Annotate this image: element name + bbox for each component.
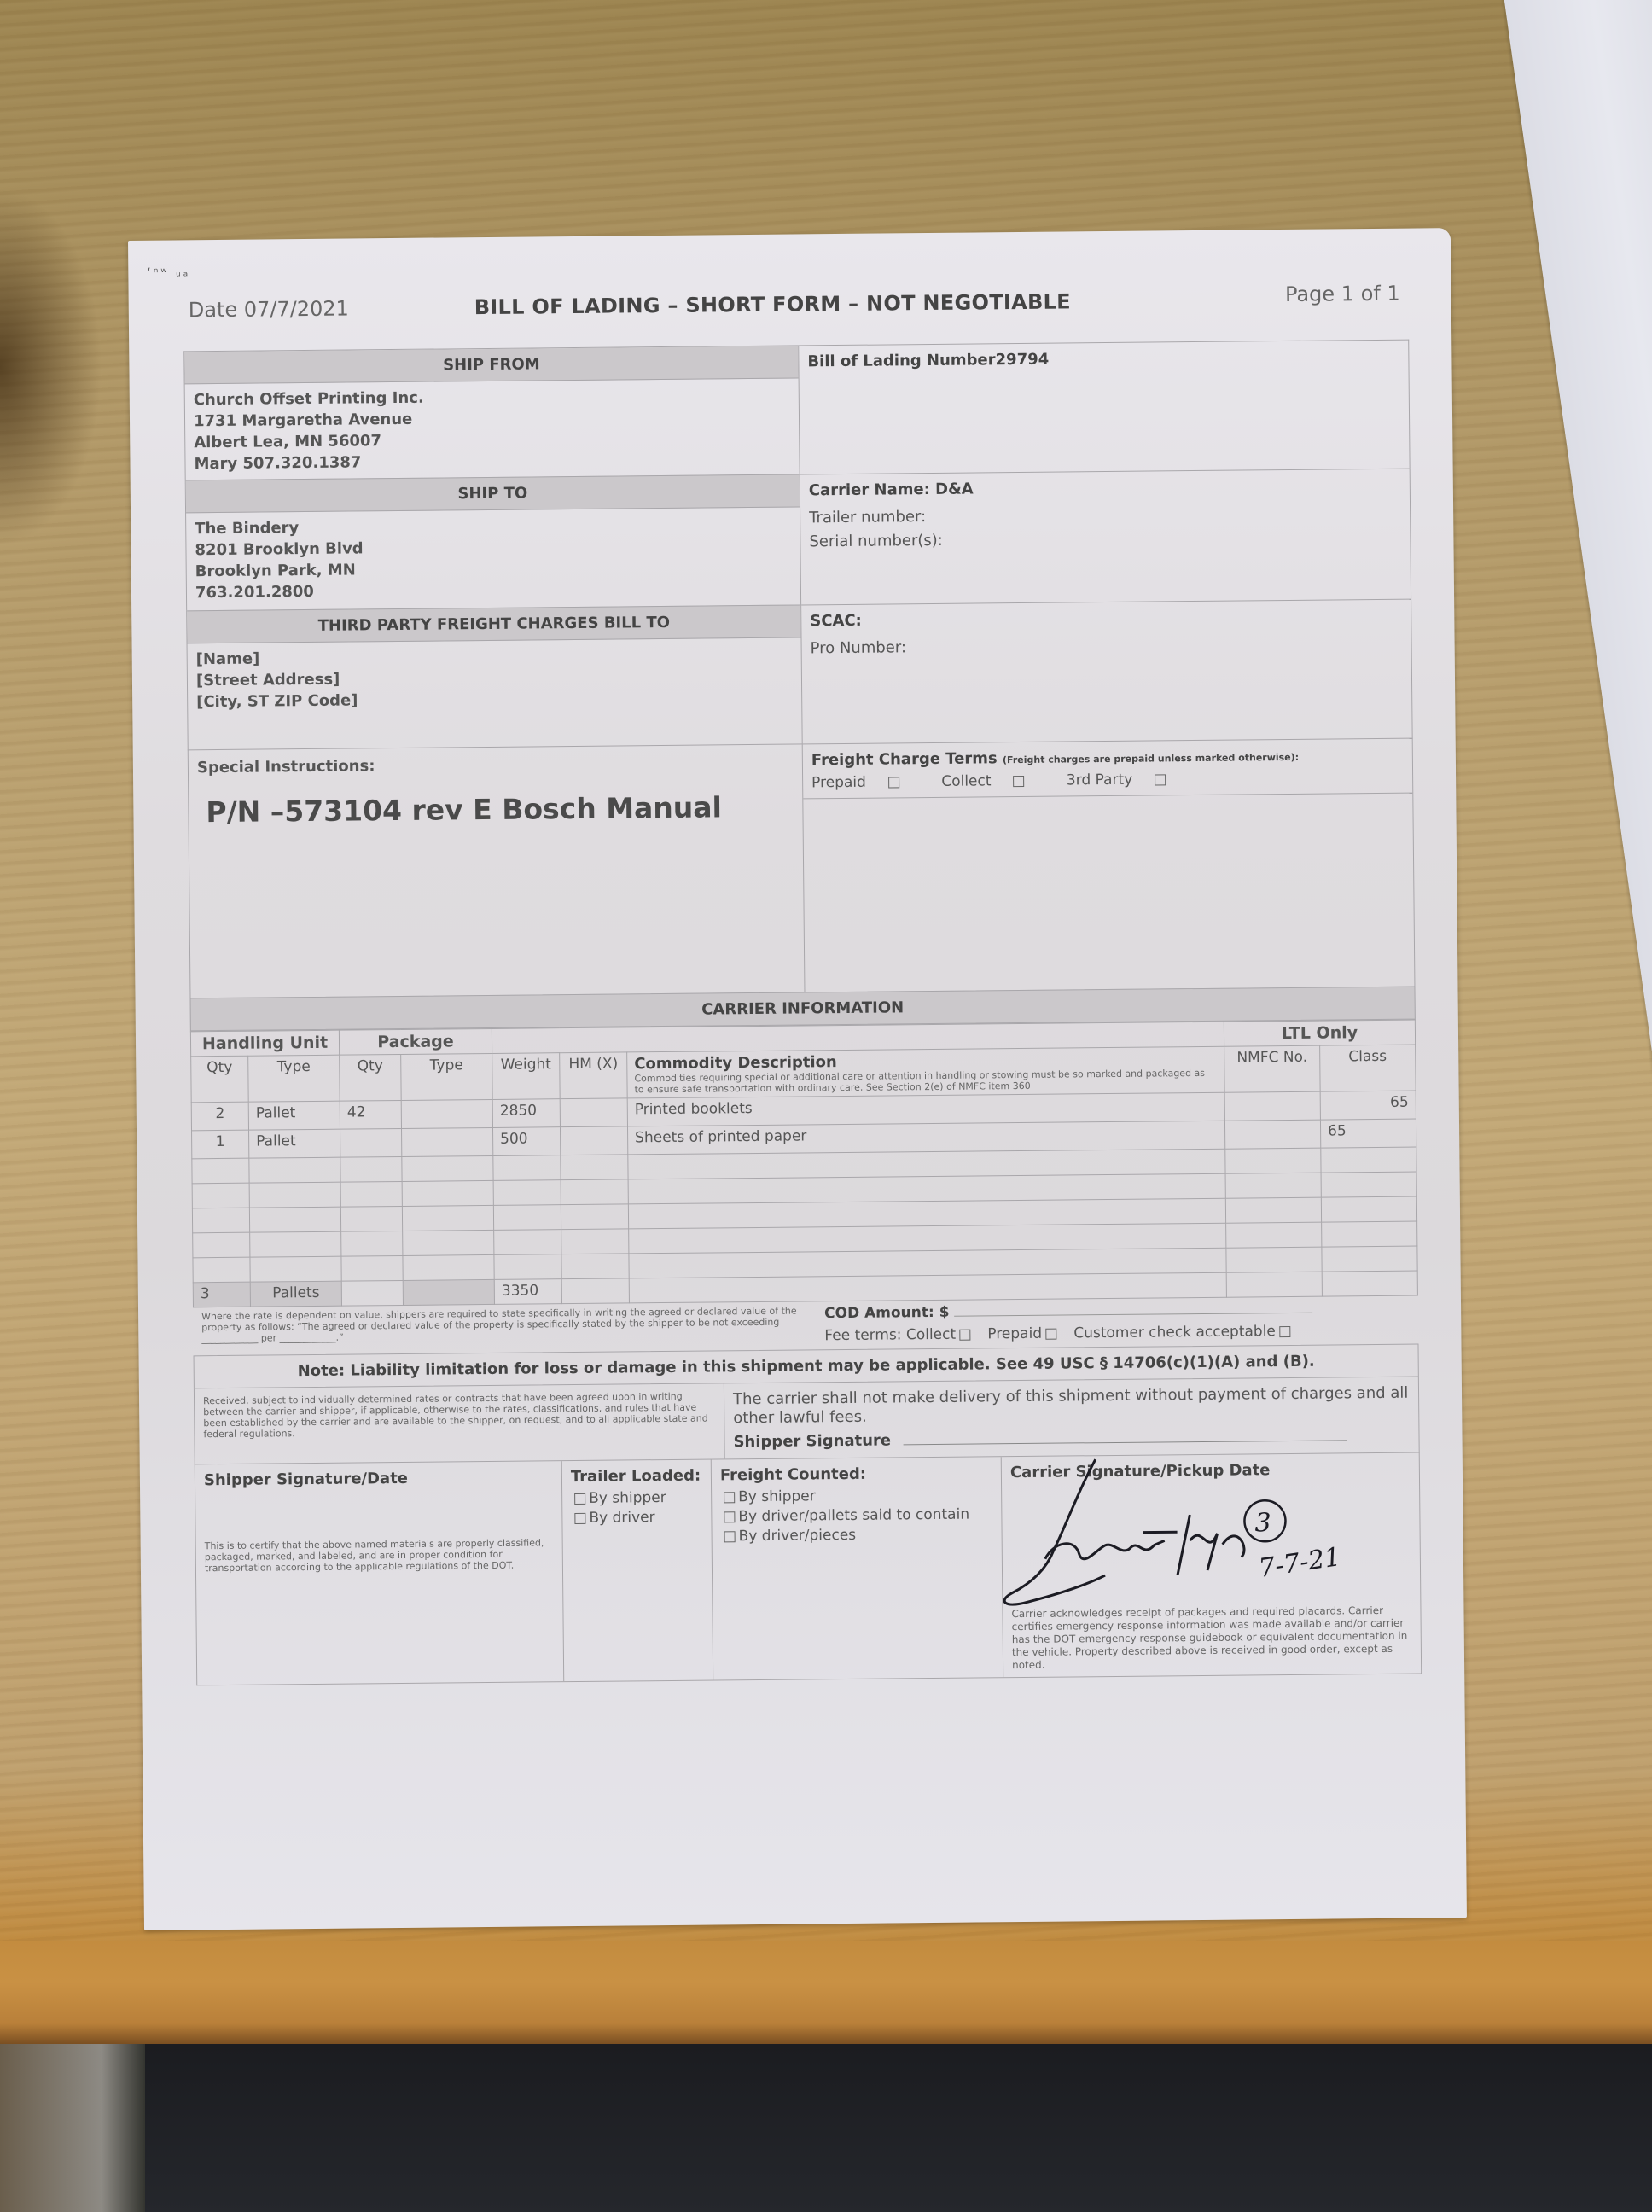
- received-text: Received, subject to individually determ…: [195, 1383, 725, 1464]
- ship-to-header: SHIP TO: [186, 474, 800, 513]
- collect-checkbox[interactable]: Collect: [941, 772, 1043, 790]
- third-party-checkbox[interactable]: 3rd Party: [1067, 771, 1185, 789]
- counted-by-driver-pieces-checkbox[interactable]: By driver/pieces: [721, 1524, 993, 1546]
- bol-number: Bill of Lading Number29794: [799, 341, 1408, 378]
- checkbox-icon: [574, 1512, 585, 1523]
- freight-counted-box: Freight Counted: By shipper By driver/pa…: [712, 1457, 1003, 1679]
- delivery-text: The carrier shall not make delivery of t…: [733, 1384, 1410, 1429]
- checkbox-icon: [1013, 775, 1024, 786]
- fee-collect-checkbox[interactable]: Collect: [906, 1326, 974, 1344]
- checkbox-icon: [724, 1492, 735, 1503]
- page-number: Page 1 of 1: [1285, 282, 1400, 306]
- counted-by-shipper-checkbox[interactable]: By shipper: [720, 1485, 992, 1507]
- handling-unit-header: Handling Unit: [190, 1030, 339, 1057]
- carrier-acknowledgement-text: Carrier acknowledges receipt of packages…: [1011, 1604, 1412, 1672]
- freight-charge-terms: Freight Charge Terms (Freight charges ar…: [803, 739, 1413, 800]
- signature-row: Shipper Signature/Date This is to certif…: [195, 1453, 1422, 1686]
- trailer-by-driver-checkbox[interactable]: By driver: [571, 1508, 702, 1528]
- third-party-header: THIRD PARTY FREIGHT CHARGES BILL TO: [187, 604, 800, 643]
- shipper-signature-field[interactable]: Shipper Signature: [733, 1427, 1410, 1452]
- col-pkg-type: Type: [401, 1053, 493, 1100]
- fee-prepaid-checkbox[interactable]: Prepaid: [987, 1325, 1060, 1343]
- checkbox-icon: [724, 1531, 736, 1542]
- cod-amount-field[interactable]: COD Amount: $: [824, 1300, 1418, 1323]
- third-party-address: [Name] [Street Address] [City, ST ZIP Co…: [188, 637, 802, 749]
- checkbox-icon: [574, 1493, 585, 1504]
- svg-text:3: 3: [1254, 1508, 1271, 1538]
- carrier-information-table: Handling Unit Package LTL Only Qty Type …: [190, 1020, 1418, 1308]
- customer-check-checkbox[interactable]: Customer check acceptable: [1073, 1323, 1294, 1342]
- package-header: Package: [339, 1028, 492, 1055]
- trailer-loaded-box: Trailer Loaded: By shipper By driver: [562, 1460, 713, 1682]
- serial-number-field[interactable]: Serial number(s):: [800, 525, 1410, 555]
- ship-to-address: The Bindery 8201 Brooklyn Blvd Brooklyn …: [186, 507, 800, 610]
- pen-scribble: ʻⁿʷ ᵤₐ: [147, 265, 190, 279]
- bill-of-lading-sheet: ʻⁿʷ ᵤₐ Date 07/7/2021 BILL OF LADING – S…: [128, 228, 1467, 1930]
- checkbox-icon: [1045, 1328, 1056, 1339]
- ship-from-address: Church Offset Printing Inc. 1731 Margare…: [185, 378, 800, 480]
- bol-form: SHIP FROM Church Offset Printing Inc. 17…: [183, 340, 1422, 1686]
- col-hu-qty: Qty: [191, 1056, 249, 1103]
- checkbox-icon: [888, 777, 899, 788]
- shipper-signature-box[interactable]: Shipper Signature/Date This is to certif…: [195, 1461, 564, 1685]
- ship-to-row: SHIP TO The Bindery 8201 Brooklyn Blvd B…: [185, 469, 1411, 611]
- document-header: Date 07/7/2021 BILL OF LADING – SHORT FO…: [189, 282, 1400, 328]
- checkbox-icon: [959, 1329, 970, 1340]
- document-date: Date 07/7/2021: [189, 297, 349, 323]
- third-party-row: THIRD PARTY FREIGHT CHARGES BILL TO [Nam…: [186, 599, 1412, 750]
- col-hm: HM (X): [560, 1052, 628, 1099]
- special-row: Special Instructions: P/N –573104 rev E …: [188, 738, 1416, 998]
- shadow: [0, 188, 102, 546]
- floor: [0, 2044, 1652, 2212]
- col-nmfc: NMFC No.: [1224, 1045, 1321, 1092]
- col-weight: Weight: [492, 1053, 561, 1100]
- handwritten-signature: 3: [993, 1453, 1353, 1627]
- trailer-by-shipper-checkbox[interactable]: By shipper: [571, 1488, 702, 1509]
- declared-value-text: Where the rate is dependent on value, sh…: [201, 1305, 816, 1350]
- ltl-only-header: LTL Only: [1224, 1020, 1415, 1046]
- floor-light: [0, 2044, 145, 2212]
- terms-row: Received, subject to individually determ…: [194, 1377, 1420, 1465]
- col-hu-type: Type: [248, 1055, 340, 1102]
- document-title: BILL OF LADING – SHORT FORM – NOT NEGOTI…: [474, 289, 1071, 319]
- counted-by-driver-pallets-checkbox[interactable]: By driver/pallets said to contain: [720, 1505, 992, 1527]
- col-pkg-qty: Qty: [340, 1054, 402, 1101]
- col-class: Class: [1320, 1045, 1416, 1091]
- prepaid-checkbox[interactable]: Prepaid: [811, 773, 918, 791]
- col-commodity: Commodity Description Commodities requir…: [627, 1046, 1224, 1098]
- special-instructions-text: P/N –573104 rev E Bosch Manual: [189, 771, 803, 829]
- carrier-signature-box[interactable]: Carrier Signature/Pickup Date 3 7-7-21 C…: [1002, 1453, 1421, 1678]
- checkbox-icon: [1279, 1325, 1290, 1336]
- pro-number-field[interactable]: Pro Number:: [801, 632, 1411, 661]
- desk-edge: [0, 1941, 1652, 2044]
- checkbox-icon: [1155, 774, 1166, 785]
- checkbox-icon: [724, 1511, 735, 1522]
- ship-from-row: SHIP FROM Church Offset Printing Inc. 17…: [183, 340, 1410, 480]
